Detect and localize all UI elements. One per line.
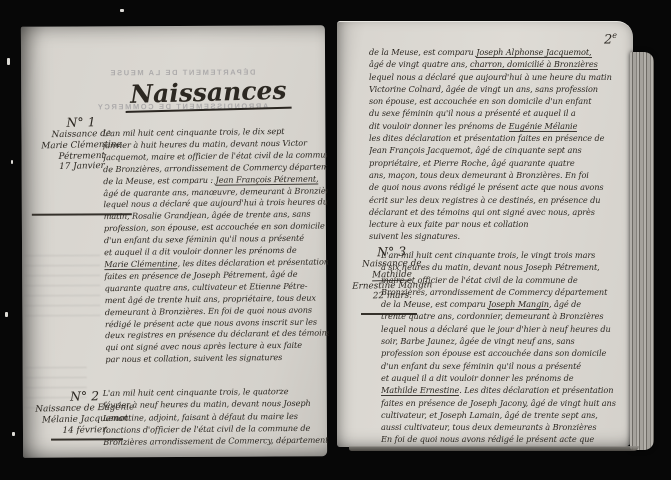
act-2-text-start: L'an mil huit cent cinquante trois, le q… xyxy=(103,385,330,449)
text-line: de quoi nous avons rédigé le présent act… xyxy=(369,181,627,193)
act-2-text-continued: de la Meuse, est comparu Joseph Alphonse… xyxy=(369,46,627,243)
text-line: de la Meuse, est comparu Joseph Mangin, … xyxy=(381,298,631,310)
text-line: Mathilde Ernestine. Les dites déclaratio… xyxy=(381,384,631,396)
left-page: DÉPARTEMENT DE LA MEUSE ARRONDISSEMENT D… xyxy=(21,25,327,458)
text-line: propriétaire, et Pierre Roche, âgé quara… xyxy=(369,157,627,169)
page-number-suffix: e xyxy=(612,31,617,40)
text-line: du sexe féminin qu'il nous a présenté et… xyxy=(369,107,627,119)
page-title: Naissances xyxy=(125,76,290,113)
text-line: trente quatre ans, cordonnier, demeurant… xyxy=(381,310,631,322)
text-line: lecture à eux faite par nous et collatio… xyxy=(369,218,627,230)
text-line: et auquel il a dit vouloir donner les pr… xyxy=(381,372,631,384)
page-title-text: Naissances xyxy=(125,76,292,113)
text-line: écrit sur les deux registres à ce destin… xyxy=(369,194,627,206)
bleedthrough-smudge xyxy=(24,254,100,324)
text-line: L'an mil huit cent cinquante trois, le v… xyxy=(381,249,631,261)
text-line: profession son épouse est accouchée dans… xyxy=(381,347,631,359)
page-number: 2e xyxy=(604,31,617,47)
text-line: lequel nous a déclaré que le jour d'hier… xyxy=(381,323,631,335)
text-line: son épouse, est accouchée en son domicil… xyxy=(369,95,627,107)
text-line: d'un enfant du sexe féminin qu'il nous a… xyxy=(381,360,631,372)
text-line: soir, Barbe Jaunez, âgée de vingt neuf a… xyxy=(381,335,631,347)
scanned-register-spread: DÉPARTEMENT DE LA MEUSE ARRONDISSEMENT D… xyxy=(0,0,671,480)
scan-speck xyxy=(120,9,124,12)
text-line: maire et officier de l'état civil de la … xyxy=(381,274,631,286)
text-line: ans, maçon, tous deux demeurant à Bronzi… xyxy=(369,169,627,181)
text-line: Bronzières, arrondissement de Commercy d… xyxy=(381,286,631,298)
text-line: de la Meuse, est comparu Joseph Alphonse… xyxy=(369,46,627,58)
text-line: déclarant et des témoins qui ont signé a… xyxy=(369,206,627,218)
scan-speck xyxy=(5,312,8,317)
text-line: Jean François Jacquemot, âgé de cinquant… xyxy=(369,144,627,156)
text-line: aussi cultivateur, tous deux demeurants … xyxy=(381,421,631,433)
page-edge-stack xyxy=(630,52,654,450)
scan-speck xyxy=(7,58,10,65)
act-1-text: L'an mil huit cent cinquante trois, le d… xyxy=(103,125,330,366)
act-3-text: L'an mil huit cent cinquante trois, le v… xyxy=(381,249,631,446)
text-line: les dites déclaration et présentation fa… xyxy=(369,132,627,144)
text-line: par nous et collation, suivent les signa… xyxy=(105,352,329,367)
page-bottom-edge xyxy=(349,446,639,451)
text-line: dit vouloir donner les prénoms de Eugéni… xyxy=(369,120,627,132)
scan-speck xyxy=(11,160,13,164)
text-line: cultivateur, et Joseph Lamain, âgé de tr… xyxy=(381,409,631,421)
text-line: à six heures du matin, devant nous Josep… xyxy=(381,261,631,273)
right-page: 2e de la Meuse, est comparu Joseph Alpho… xyxy=(337,21,633,447)
text-line: Bronzières arrondissement de Commercy, d… xyxy=(103,434,329,449)
text-line: suivent les signatures. xyxy=(369,230,627,242)
text-line: lequel nous a déclaré que aujourd'hui à … xyxy=(369,71,627,83)
text-line: âgé de vingt quatre ans, charron, domici… xyxy=(369,58,627,70)
text-line: Victorine Colnard, âgée de vingt un ans,… xyxy=(369,83,627,95)
text-line: faites en présence de Joseph Jacony, âgé… xyxy=(381,397,631,409)
text-line: En foi de quoi nous avons rédigé le prés… xyxy=(381,433,631,445)
scan-speck xyxy=(12,432,15,436)
